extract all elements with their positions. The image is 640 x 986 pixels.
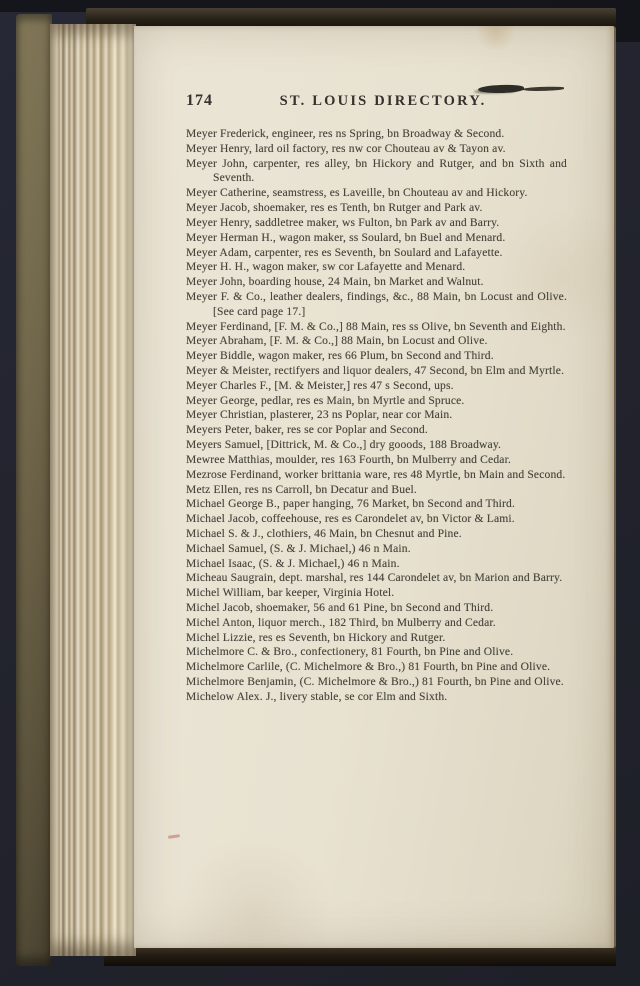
directory-entry: Meyer Catherine, seamstress, es Laveille… (186, 186, 567, 201)
directory-entry: Meyer Biddle, wagon maker, res 66 Plum, … (186, 349, 567, 364)
book-photo: { "page_header": { "page_number": "174",… (0, 0, 640, 986)
directory-entry: Meyer Adam, carpenter, res es Seventh, b… (186, 246, 567, 261)
directory-entry: Michelow Alex. J., livery stable, se cor… (186, 690, 567, 705)
directory-entry: Meyer Henry, lard oil factory, res nw co… (186, 142, 567, 157)
directory-entry: Meyer Charles F., [M. & Meister,] res 47… (186, 379, 567, 394)
directory-entry: Michelmore C. & Bro., confectionery, 81 … (186, 645, 567, 660)
directory-entry: Michael Jacob, coffeehouse, res es Caron… (186, 512, 567, 527)
directory-entry: Michelmore Carlile, (C. Michelmore & Bro… (186, 660, 567, 675)
directory-entry: Michael Samuel, (S. & J. Michael,) 46 n … (186, 542, 567, 557)
directory-entry: Meyer F. & Co., leather dealers, finding… (186, 290, 567, 320)
directory-entry: Meyer Frederick, engineer, res ns Spring… (186, 127, 567, 142)
entries-list: Meyer Frederick, engineer, res ns Spring… (186, 127, 567, 705)
directory-entry: Metz Ellen, res ns Carroll, bn Decatur a… (186, 483, 567, 498)
directory-entry: Meyer John, carpenter, res alley, bn Hic… (186, 157, 567, 187)
directory-entry: Meyer Herman H., wagon maker, ss Soulard… (186, 231, 567, 246)
directory-entry: Mewree Matthias, moulder, res 163 Fourth… (186, 453, 567, 468)
directory-entry: Micheau Saugrain, dept. marshal, res 144… (186, 571, 567, 586)
directory-entry: Meyer Ferdinand, [F. M. & Co.,] 88 Main,… (186, 320, 567, 335)
page-title: ST. LOUIS DIRECTORY. (186, 93, 580, 110)
directory-entry: Michael George B., paper hanging, 76 Mar… (186, 497, 567, 512)
directory-entry: Meyer Jacob, shoemaker, res es Tenth, bn… (186, 201, 567, 216)
directory-entry: Meyers Peter, baker, res se cor Poplar a… (186, 423, 567, 438)
page-edges-stack (50, 24, 136, 956)
directory-entry: Mezrose Ferdinand, worker brittania ware… (186, 468, 567, 483)
directory-entry: Michael S. & J., clothiers, 46 Main, bn … (186, 527, 567, 542)
margin-mark (168, 834, 180, 839)
directory-entry: Meyer H. H., wagon maker, sw cor Lafayet… (186, 260, 567, 275)
directory-page: 174 ST. LOUIS DIRECTORY. Meyer Frederick… (134, 26, 616, 948)
page-header: 174 ST. LOUIS DIRECTORY. (186, 92, 566, 112)
directory-entry: Meyers Samuel, [Dittrick, M. & Co.,] dry… (186, 438, 567, 453)
directory-entry: Michel Anton, liquor merch., 182 Third, … (186, 616, 567, 631)
directory-entry: Meyer John, boarding house, 24 Main, bn … (186, 275, 567, 290)
directory-entry: Michelmore Benjamin, (C. Michelmore & Br… (186, 675, 567, 690)
directory-entry: Meyer Henry, saddletree maker, ws Fulton… (186, 216, 567, 231)
book-cover-spine (16, 14, 52, 966)
directory-entry: Meyer Abraham, [F. M. & Co.,] 88 Main, b… (186, 334, 567, 349)
directory-entry: Michael Isaac, (S. & J. Michael,) 46 n M… (186, 557, 567, 572)
directory-entry: Meyer & Meister, rectifyers and liquor d… (186, 364, 567, 379)
directory-entry: Meyer Christian, plasterer, 23 ns Poplar… (186, 408, 567, 423)
directory-entry: Michel Jacob, shoemaker, 56 and 61 Pine,… (186, 601, 567, 616)
directory-entry: Meyer George, pedlar, res es Main, bn My… (186, 394, 567, 409)
directory-entry: Michel William, bar keeper, Virginia Hot… (186, 586, 567, 601)
directory-entry: Michel Lizzie, res es Seventh, bn Hickor… (186, 631, 567, 646)
